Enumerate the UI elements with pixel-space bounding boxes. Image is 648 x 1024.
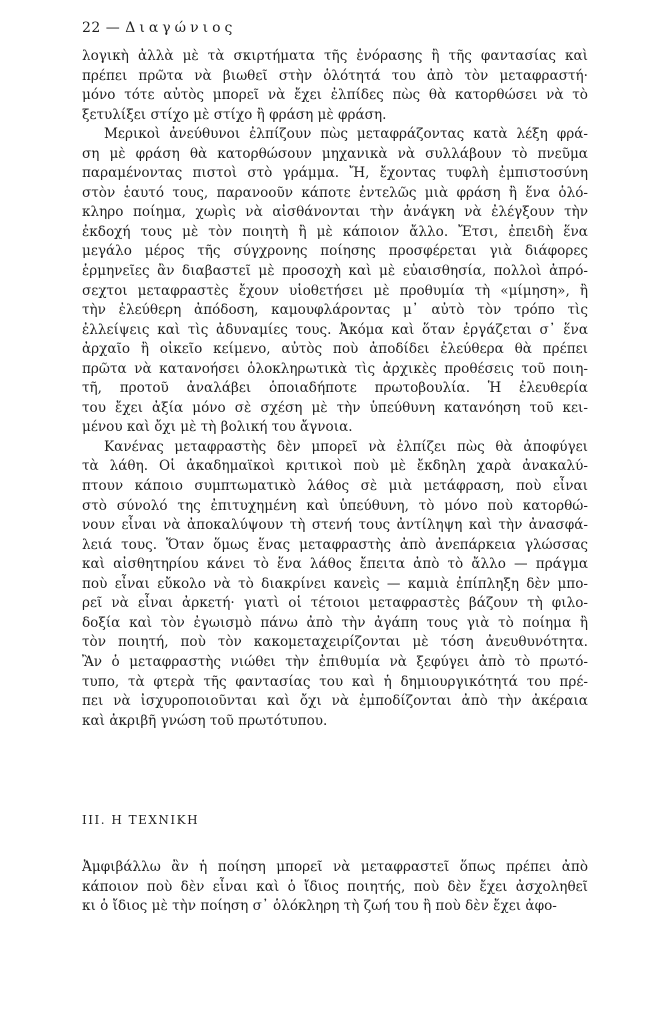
text-line: ποὺ εἶναι εὔκολο νὰ τὸ διακρίνει κανεὶς … xyxy=(82,575,588,595)
text-line: του ἔχει ἀξία μόνο σὲ σχέση μὲ τὴν ὑπεύθ… xyxy=(82,399,588,419)
text-line: ἐκδοχή τους μὲ τὸν ποιητὴ ἢ μὲ κάποιον ἄ… xyxy=(82,223,588,243)
text-line: παραμένοντας πιστοὶ στὸ γράμμα. Ἤ, ἔχοντ… xyxy=(82,164,588,184)
body-text-after-section: Ἀμφιβάλλω ἂν ἡ ποίηση μπορεῖ νὰ μεταφρασ… xyxy=(82,858,588,917)
text-line: τὸν ποιητή, ποὺ τὸν κακομεταχειρίζονται … xyxy=(82,633,588,653)
page-number: 22 xyxy=(82,20,101,36)
running-head-separator: — xyxy=(106,20,121,36)
text-line: πει νὰ ἰσχυροποιοῦνται καὶ ὄχι νὰ ἐμποδί… xyxy=(82,692,588,712)
text-line: ξετυλίξει στίχο μὲ στίχο ἢ φράση μὲ φράσ… xyxy=(82,106,588,126)
text-line: λειά τους. Ὅταν ὅμως ἕνας μεταφραστὴς ἀπ… xyxy=(82,536,588,556)
text-line: τὴν ἐλεύθερη ἀπόδοση, καμουφλάροντας μ᾽ … xyxy=(82,301,588,321)
running-head: 22 — Διαγώνιος xyxy=(82,20,236,36)
text-line: πρέπει πρῶτα νὰ βιωθεῖ στὴν ὁλότητά του … xyxy=(82,67,588,87)
text-line: τῆ, προτοῦ ἀναλάβει ὁποιαδήποτε πρωτοβου… xyxy=(82,379,588,399)
text-line: κληρο ποίημα, χωρὶς νὰ αἰσθάνονται τὴν ἀ… xyxy=(82,203,588,223)
text-line: ἀρχαῖο ἢ οἰκεῖο κείμενο, αὐτὸς ποὺ ἀποδί… xyxy=(82,340,588,360)
text-line: ἐλλείψεις καὶ τὶς ἀδυναμίες τους. Ἀκόμα … xyxy=(82,321,588,341)
text-line: στὸν ἑαυτό τους, παρανοοῦν κάποτε ἐντελῶ… xyxy=(82,184,588,204)
running-head-title: Διαγώνιος xyxy=(125,20,236,36)
text-line: ἑρμηνεῖες ἂν διαβαστεῖ μὲ προσοχὴ καὶ μὲ… xyxy=(82,262,588,282)
text-line: καὶ αἰσθητηρίου κάνει τὸ ἕνα λάθος ἔπειτ… xyxy=(82,555,588,575)
text-line: μεγάλο μέρος τῆς σύγχρονης ποίησης προσφ… xyxy=(82,242,588,262)
text-line: μένου καὶ ὄχι μὲ τὴ βολική του ἄγνοια. xyxy=(82,418,588,438)
text-line: Ἂν ὁ μεταφραστὴς νιώθει τὴν ἐπιθυμία νὰ … xyxy=(82,653,588,673)
text-line: πρῶτα νὰ κατανοήσει ὁλοκληρωτικὰ τὶς ἀρχ… xyxy=(82,360,588,380)
text-line: καὶ ἀκριβῆ γνώση τοῦ πρωτότυπου. xyxy=(82,712,588,732)
book-page: 22 — Διαγώνιος λογικὴ ἀλλὰ μὲ τὰ σκιρτήμ… xyxy=(0,0,648,1024)
text-line: κι ὁ ἴδιος μὲ τὴν ποίηση σ᾽ ὁλόκληρη τὴ … xyxy=(82,897,588,917)
text-line: νουν εἶναι νὰ ἀποκαλύψουν τὴ στενή τους … xyxy=(82,516,588,536)
text-line: ση μὲ φράση θὰ κατορθώσουν μηχανικὰ νὰ σ… xyxy=(82,145,588,165)
text-line: σεχτοι μεταφραστὲς ἔχουν υἱοθετήσει μὲ π… xyxy=(82,282,588,302)
paragraph: Ἀμφιβάλλω ἂν ἡ ποίηση μπορεῖ νὰ μεταφρασ… xyxy=(82,858,588,917)
text-line: πτουν κάποιο συμπτωματικὸ λάθος σὲ μιὰ μ… xyxy=(82,477,588,497)
paragraph: Μερικοὶ ἀνεύθυνοι ἐλπίζουν πὼς μεταφράζο… xyxy=(82,125,588,438)
paragraph: λογικὴ ἀλλὰ μὲ τὰ σκιρτήματα τῆς ἐνόραση… xyxy=(82,47,588,125)
text-line: δοξία καὶ τὸν ἐγωισμὸ πάνω ἀπὸ τὴν ἀγάπη… xyxy=(82,614,588,634)
text-line: τὰ λάθη. Οἱ ἀκαδημαϊκοὶ κριτικοὶ ποὺ μὲ … xyxy=(82,457,588,477)
section-heading: ΙΙΙ. Η ΤΕΧΝΙΚΗ xyxy=(82,813,199,827)
text-line: τυπο, τὰ φτερὰ τῆς φαντασίας του καὶ ἡ δ… xyxy=(82,673,588,693)
text-line: λογικὴ ἀλλὰ μὲ τὰ σκιρτήματα τῆς ἐνόραση… xyxy=(82,47,588,67)
text-line: Μερικοὶ ἀνεύθυνοι ἐλπίζουν πὼς μεταφράζο… xyxy=(82,125,588,145)
text-line: κάποιον ποὺ δὲν εἶναι καὶ ὁ ἴδιος ποιητή… xyxy=(82,878,588,898)
text-line: Ἀμφιβάλλω ἂν ἡ ποίηση μπορεῖ νὰ μεταφρασ… xyxy=(82,858,588,878)
text-line: μόνο τότε αὐτὸς μπορεῖ νὰ ἔχει ἐλπίδες π… xyxy=(82,86,588,106)
text-line: Κανένας μεταφραστὴς δὲν μπορεῖ νὰ ἐλπίζε… xyxy=(82,438,588,458)
text-line: ρεῖ νὰ εἶναι ἀρκετή· γιατὶ οἱ τέτοιοι με… xyxy=(82,594,588,614)
body-text-before-section: λογικὴ ἀλλὰ μὲ τὰ σκιρτήματα τῆς ἐνόραση… xyxy=(82,47,588,731)
text-line: στὸ σύνολό της ἐπιτυχημένη καὶ ὑπεύθυνη,… xyxy=(82,497,588,517)
paragraph: Κανένας μεταφραστὴς δὲν μπορεῖ νὰ ἐλπίζε… xyxy=(82,438,588,731)
